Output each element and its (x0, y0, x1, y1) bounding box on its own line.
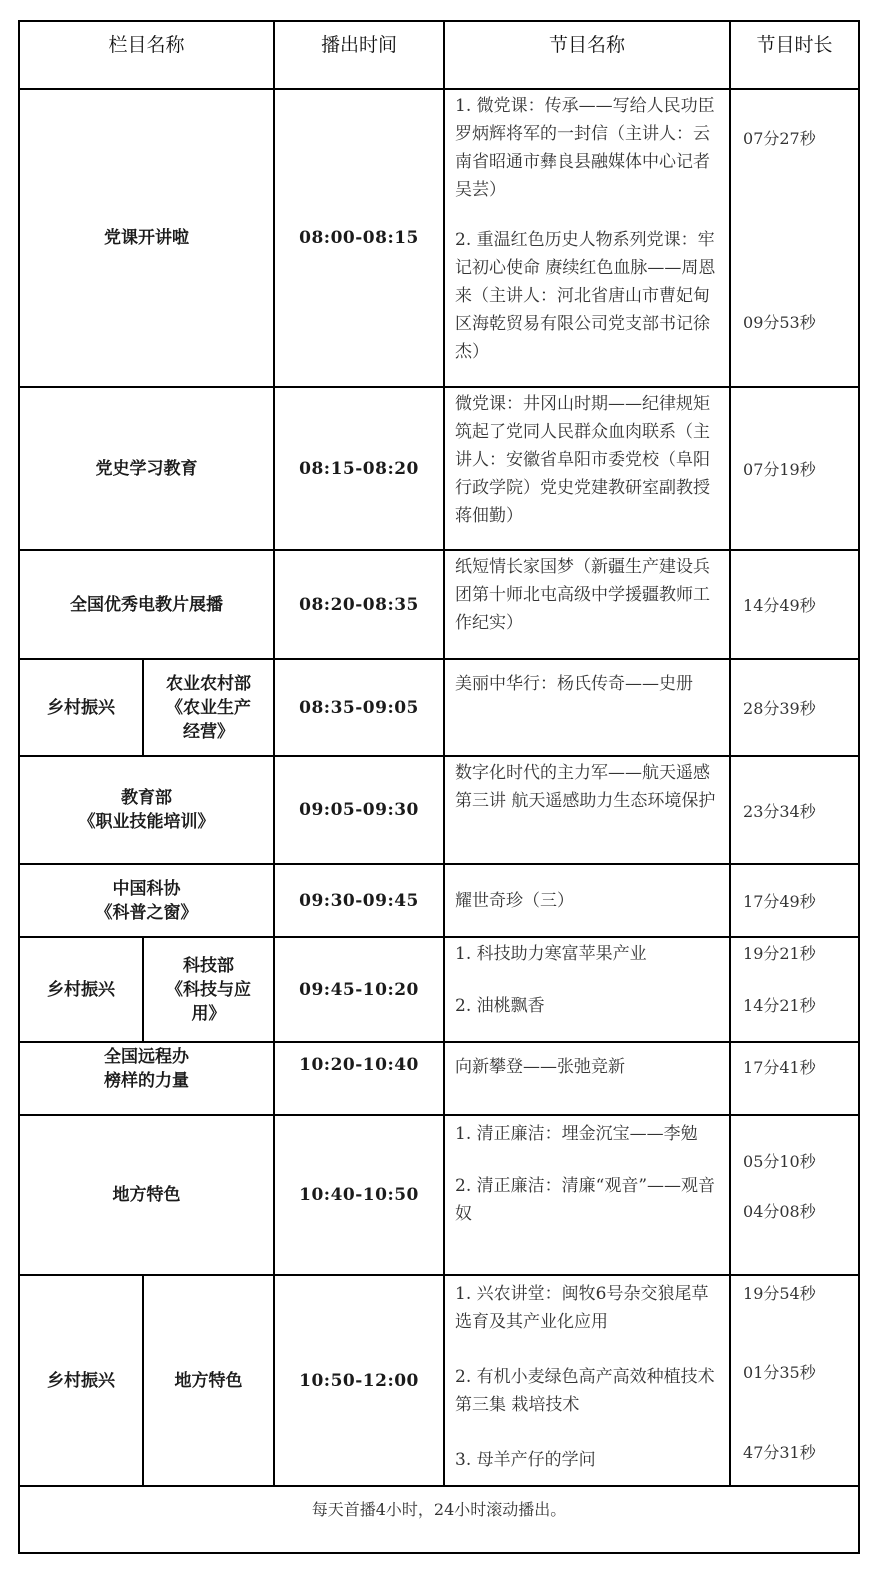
table-row: 中国科协 《科普之窗》 09:30-09:45 耀世奇珍（三） 17分49秒 (19, 864, 859, 937)
column-name-cell: 乡村振兴 (19, 659, 143, 756)
duration-cell: 17分49秒 (730, 864, 859, 937)
air-time-cell: 09:45-10:20 (274, 937, 444, 1042)
footer-note: 每天首播4小时，24小时滚动播出。 (19, 1486, 859, 1553)
program-cell: 纸短情长家国梦（新疆生产建设兵团第十师北屯高级中学援疆教师工作纪实） (444, 550, 730, 659)
duration-cell: 07分27秒 09分53秒 (730, 89, 859, 387)
duration-cell: 19分54秒 01分35秒 47分31秒 (730, 1275, 859, 1486)
sub-column-line: 《科技与应 (144, 978, 273, 1002)
duration-value: 07分27秒 (743, 126, 816, 149)
table-row: 全国远程办 榜样的力量 10:20-10:40 向新攀登——张弛竞新 17分41… (19, 1042, 859, 1115)
program-title: 3. 母羊产仔的学问 (455, 1446, 719, 1474)
column-name-line: 榜样的力量 (20, 1069, 273, 1093)
program-title: 微党课：井冈山时期——纪律规矩筑起了党同人民群众血肉联系（主讲人：安徽省阜阳市委… (455, 390, 719, 530)
duration-value: 05分10秒 (743, 1148, 858, 1176)
program-title: 1. 微党课：传承——写给人民功臣罗炳辉将军的一封信（主讲人：云南省昭通市彝良县… (455, 92, 719, 204)
duration-value: 19分54秒 (743, 1280, 858, 1308)
header-program-name: 节目名称 (444, 21, 730, 89)
program-title: 数字化时代的主力军——航天遥感 第三讲 航天遥感助力生态环境保护 (455, 759, 719, 815)
program-title: 1. 清正廉洁：埋金沉宝——李勉 (455, 1120, 719, 1148)
air-time-cell: 10:40-10:50 (274, 1115, 444, 1275)
table-row: 全国优秀电教片展播 08:20-08:35 纸短情长家国梦（新疆生产建设兵团第十… (19, 550, 859, 659)
program-title: 美丽中华行：杨氏传奇——史册 (455, 670, 719, 698)
air-time-cell: 08:20-08:35 (274, 550, 444, 659)
sub-column-line: 《农业生产 (144, 696, 273, 720)
column-name-cell: 全国优秀电教片展播 (19, 550, 274, 659)
table-row: 党史学习教育 08:15-08:20 微党课：井冈山时期——纪律规矩筑起了党同人… (19, 387, 859, 550)
program-title: 2. 重温红色历史人物系列党课：牢记初心使命 赓续红色血脉——周恩来（主讲人：河… (455, 226, 719, 366)
duration-value: 09分53秒 (743, 310, 816, 333)
column-name-cell: 全国远程办 榜样的力量 (19, 1042, 274, 1115)
column-name-cell: 乡村振兴 (19, 937, 143, 1042)
sub-column-line: 经营》 (144, 720, 273, 744)
duration-cell: 05分10秒 04分08秒 (730, 1115, 859, 1275)
duration-cell: 23分34秒 (730, 756, 859, 864)
sub-column-line: 科技部 (144, 954, 273, 978)
program-cell: 向新攀登——张弛竞新 (444, 1042, 730, 1115)
column-name-cell: 党史学习教育 (19, 387, 274, 550)
column-name-cell: 教育部 《职业技能培训》 (19, 756, 274, 864)
air-time-cell: 10:50-12:00 (274, 1275, 444, 1486)
program-title: 2. 清正廉洁：清廉“观音”——观音奴 (455, 1172, 719, 1228)
sub-column-line: 农业农村部 (144, 672, 273, 696)
column-name-line: 《职业技能培训》 (20, 810, 273, 834)
program-cell: 美丽中华行：杨氏传奇——史册 (444, 659, 730, 756)
header-row: 栏目名称 播出时间 节目名称 节目时长 (19, 21, 859, 89)
program-cell: 1. 微党课：传承——写给人民功臣罗炳辉将军的一封信（主讲人：云南省昭通市彝良县… (444, 89, 730, 387)
column-name-line: 教育部 (20, 786, 273, 810)
column-name-cell: 党课开讲啦 (19, 89, 274, 387)
column-name-line: 中国科协 (20, 877, 273, 901)
header-air-time: 播出时间 (274, 21, 444, 89)
duration-cell: 17分41秒 (730, 1042, 859, 1115)
program-title: 耀世奇珍（三） (455, 887, 719, 915)
duration-cell: 14分49秒 (730, 550, 859, 659)
program-title: 向新攀登——张弛竞新 (455, 1053, 719, 1081)
column-name-cell: 中国科协 《科普之窗》 (19, 864, 274, 937)
table-row: 乡村振兴 农业农村部 《农业生产 经营》 08:35-09:05 美丽中华行：杨… (19, 659, 859, 756)
program-title: 1. 兴农讲堂：闽牧6号杂交狼尾草选育及其产业化应用 (455, 1280, 719, 1336)
table-row: 地方特色 10:40-10:50 1. 清正廉洁：埋金沉宝——李勉 2. 清正廉… (19, 1115, 859, 1275)
sub-column-name-cell: 地方特色 (143, 1275, 274, 1486)
duration-value: 04分08秒 (743, 1198, 858, 1226)
duration-value: 14分21秒 (743, 992, 858, 1020)
table-row: 党课开讲啦 08:00-08:15 1. 微党课：传承——写给人民功臣罗炳辉将军… (19, 89, 859, 387)
header-duration: 节目时长 (730, 21, 859, 89)
column-name-line: 全国远程办 (20, 1045, 273, 1069)
sub-column-name-cell: 科技部 《科技与应 用》 (143, 937, 274, 1042)
table-row: 乡村振兴 科技部 《科技与应 用》 09:45-10:20 1. 科技助力寒富苹… (19, 937, 859, 1042)
air-time-cell: 08:00-08:15 (274, 89, 444, 387)
air-time-cell: 08:35-09:05 (274, 659, 444, 756)
program-title: 1. 科技助力寒富苹果产业 (455, 940, 719, 968)
program-cell: 耀世奇珍（三） (444, 864, 730, 937)
air-time-cell: 10:20-10:40 (274, 1042, 444, 1115)
program-cell: 数字化时代的主力军——航天遥感 第三讲 航天遥感助力生态环境保护 (444, 756, 730, 864)
table-row: 乡村振兴 地方特色 10:50-12:00 1. 兴农讲堂：闽牧6号杂交狼尾草选… (19, 1275, 859, 1486)
column-name-line: 《科普之窗》 (20, 901, 273, 925)
duration-value: 01分35秒 (743, 1359, 858, 1387)
duration-value: 19分21秒 (743, 940, 858, 968)
program-cell: 微党课：井冈山时期——纪律规矩筑起了党同人民群众血肉联系（主讲人：安徽省阜阳市委… (444, 387, 730, 550)
air-time-cell: 08:15-08:20 (274, 387, 444, 550)
footer-row: 每天首播4小时，24小时滚动播出。 (19, 1486, 859, 1553)
duration-cell: 28分39秒 (730, 659, 859, 756)
column-name-cell: 乡村振兴 (19, 1275, 143, 1486)
air-time-cell: 09:05-09:30 (274, 756, 444, 864)
sub-column-name-cell: 农业农村部 《农业生产 经营》 (143, 659, 274, 756)
duration-cell: 19分21秒 14分21秒 (730, 937, 859, 1042)
table-row: 教育部 《职业技能培训》 09:05-09:30 数字化时代的主力军——航天遥感… (19, 756, 859, 864)
program-cell: 1. 清正廉洁：埋金沉宝——李勉 2. 清正廉洁：清廉“观音”——观音奴 (444, 1115, 730, 1275)
sub-column-line: 用》 (144, 1002, 273, 1026)
broadcast-schedule-table: 栏目名称 播出时间 节目名称 节目时长 党课开讲啦 08:00-08:15 1.… (18, 20, 860, 1554)
column-name-cell: 地方特色 (19, 1115, 274, 1275)
program-title: 纸短情长家国梦（新疆生产建设兵团第十师北屯高级中学援疆教师工作纪实） (455, 553, 719, 637)
program-title: 2. 油桃飘香 (455, 992, 719, 1020)
program-title: 2. 有机小麦绿色高产高效种植技术 第三集 栽培技术 (455, 1363, 719, 1419)
program-cell: 1. 科技助力寒富苹果产业 2. 油桃飘香 (444, 937, 730, 1042)
air-time-cell: 09:30-09:45 (274, 864, 444, 937)
duration-cell: 07分19秒 (730, 387, 859, 550)
header-column-name: 栏目名称 (19, 21, 274, 89)
program-cell: 1. 兴农讲堂：闽牧6号杂交狼尾草选育及其产业化应用 2. 有机小麦绿色高产高效… (444, 1275, 730, 1486)
duration-value: 47分31秒 (743, 1439, 858, 1467)
